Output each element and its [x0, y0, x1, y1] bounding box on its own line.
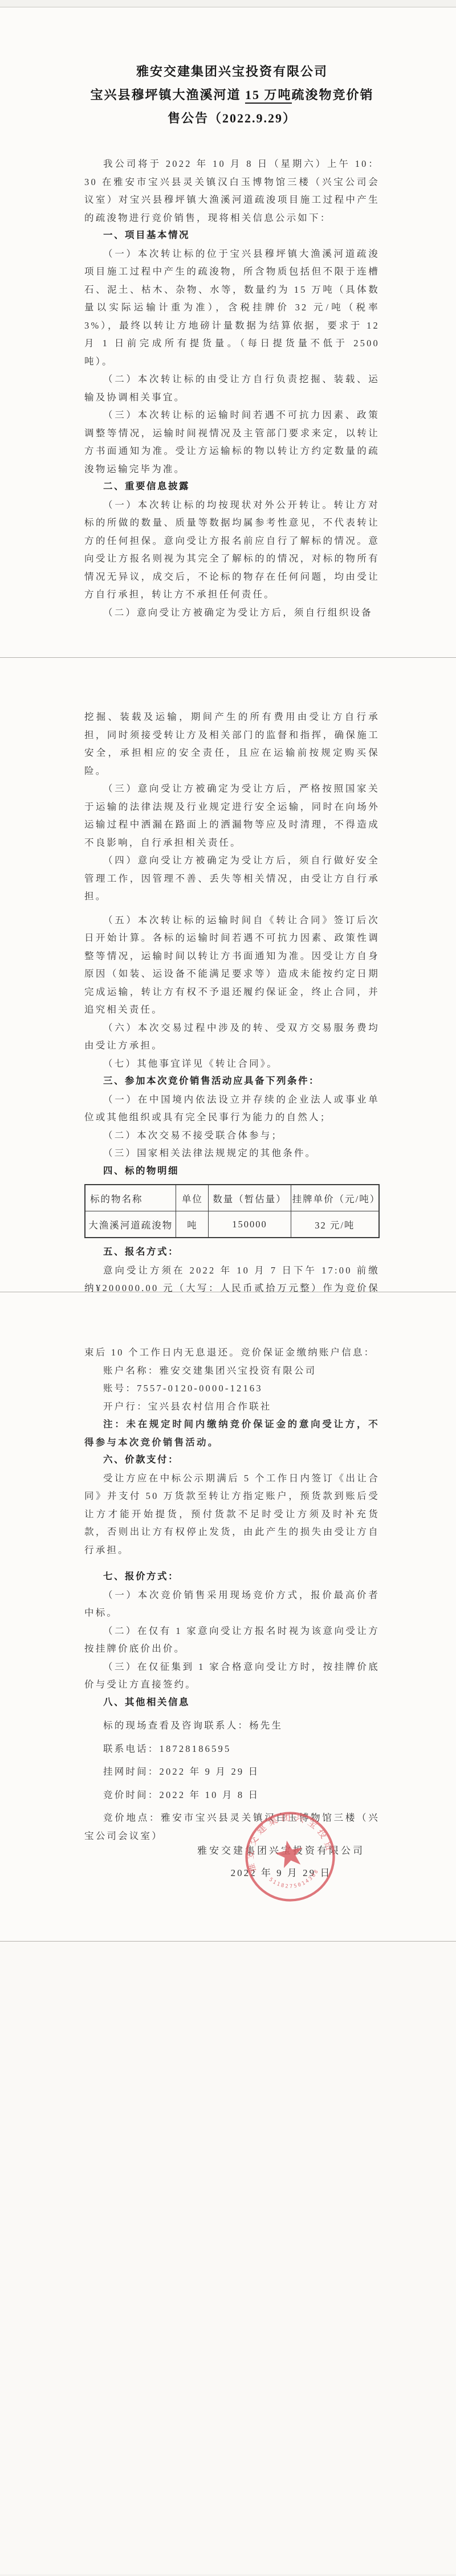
table-cell-quantity: 150000 [209, 1211, 291, 1238]
paragraph-s2-item7: （七）其他事宜详见《转让合同》。 [84, 1055, 380, 1073]
paragraph-bidding-date: 竞价时间：2022 年 10 月 8 日 [84, 1786, 380, 1804]
section-heading-2: 二、重要信息披露 [84, 478, 380, 496]
table-header-unit-price: 挂牌单价（元/吨） [291, 1185, 379, 1211]
paragraph-s2-item1: （一）本次转让标的均按现状对外公开转让。转让方对标的所做的数量、质量等数据均属参… [84, 496, 380, 604]
paragraph-s3-item2: （二）本次交易不接受联合体参与； [84, 1127, 380, 1145]
paragraph-s2-item4: （四）意向受让方被确定为受让方后，须自行做好安全管理工作，因管理不善、丢失等相关… [84, 851, 380, 906]
document-title: 雅安交建集团兴宝投资有限公司 宝兴县穆坪镇大渔溪河道 15 万吨疏浚物竞价销售公… [84, 60, 380, 130]
paragraph-s2-item2-start: （二）意向受让方被确定为受让方后，须自行组织设备 [84, 604, 380, 622]
table-header-quantity: 数量（暂估量） [209, 1185, 291, 1211]
paragraph-s7-item3: （三）在仅征集到 1 家合格意向受让方时，按挂牌价底价与受让方直接签约。 [84, 1658, 380, 1694]
paragraph-s7-item1: （一）本次竞价销售采用现场竞价方式，报价最高价者中标。 [84, 1586, 380, 1622]
table-header-row: 标的物名称 单位 数量（暂估量） 挂牌单价（元/吨） [85, 1185, 379, 1211]
paragraph-intro: 我公司将于 2022 年 10 月 8 日（星期六）上午 10：30 在雅安市宝… [84, 155, 380, 227]
paragraph-s1-item2: （二）本次转让标的由受让方自行负责挖掘、装载、运输及协调相关事宜。 [84, 370, 380, 406]
table-header-lot-name: 标的物名称 [85, 1185, 176, 1211]
table-row: 大渔溪河道疏浚物 吨 150000 32 元/吨 [85, 1211, 379, 1238]
table-cell-unit: 吨 [176, 1211, 209, 1238]
paragraph-s7-item2: （二）在仅有 1 家意向受让方报名时视为该意向受让方按挂牌价底价出价。 [84, 1622, 380, 1658]
blank-scan-area [0, 1942, 456, 2574]
paragraph-deposit-note: 注：未在规定时间内缴纳竞价保证金的意向受让方，不得参与本次竞价销售活动。 [84, 1415, 380, 1451]
title-subtitle-pre: 宝兴县穆坪镇大渔溪河道 [90, 88, 245, 102]
paragraph-bank: 开户行：宝兴县农村信用合作联社 [84, 1398, 380, 1416]
section-heading-8: 八、其他相关信息 [84, 1694, 380, 1712]
paragraph-s1-item3: （三）本次转让标的运输时间若遇不可抗力因素、政策调整等情况，运输时间视情况及主管… [84, 406, 380, 478]
paragraph-contact-person: 标的现场查看及咨询联系人：杨先生 [84, 1717, 380, 1735]
paragraph-account-number: 账号：7557-0120-0000-12163 [84, 1379, 380, 1398]
title-subtitle-line: 宝兴县穆坪镇大渔溪河道 15 万吨疏浚物竞价销售公告（2022.9.29） [90, 88, 373, 125]
scanned-document: 雅安交建集团兴宝投资有限公司 宝兴县穆坪镇大渔溪河道 15 万吨疏浚物竞价销售公… [0, 7, 456, 2574]
paragraph-s6-payment: 受让方应在中标公示期满后 5 个工作日内签订《出让合同》并支付 50 万货款至转… [84, 1469, 380, 1559]
lot-detail-table: 标的物名称 单位 数量（暂估量） 挂牌单价（元/吨） 大渔溪河道疏浚物 吨 15… [84, 1184, 380, 1238]
table-cell-unit-price: 32 元/吨 [291, 1211, 379, 1238]
paragraph-s2-item5: （五）本次转让标的运输时间自《转让合同》签订后次日开始计算。各标的运输时间若遇不… [84, 911, 380, 1019]
title-company-line: 雅安交建集团兴宝投资有限公司 [84, 60, 380, 83]
page-1: 雅安交建集团兴宝投资有限公司 宝兴县穆坪镇大渔溪河道 15 万吨疏浚物竞价销售公… [0, 7, 456, 658]
section-heading-4: 四、标的物明细 [84, 1162, 380, 1181]
section-heading-6: 六、价款支付： [84, 1451, 380, 1469]
page-2: 挖掘、装载及运输，期间产生的所有费用由受让方自行承担，同时须接受转让方及相关部门… [0, 658, 456, 1292]
paragraph-s5-continued: 束后 10 个工作日内无息退还。竞价保证金缴纳账户信息： [84, 1344, 380, 1362]
contact-info-block: 标的现场查看及咨询联系人：杨先生 联系电话：18728186595 挂网时间：2… [84, 1717, 380, 1845]
paragraph-contact-phone: 联系电话：18728186595 [84, 1740, 380, 1758]
paragraph-s1-item1: （一）本次转让标的位于宝兴县穆坪镇大渔溪河道疏浚项目施工过程中产生的疏浚物，所含… [84, 245, 380, 371]
table-header-unit: 单位 [176, 1185, 209, 1211]
paragraph-s3-item1: （一）在中国境内依法设立并存续的企业法人或事业单位或其他组织或具有完全民事行为能… [84, 1091, 380, 1127]
paragraph-listing-date: 挂网时间：2022 年 9 月 29 日 [84, 1763, 380, 1781]
signature-company: 雅安交建集团兴宝投资有限公司 [193, 1842, 369, 1860]
paragraph-s3-item3: （三）国家相关法律法规规定的其他条件。 [84, 1144, 380, 1162]
section-heading-7: 七、报价方式： [84, 1568, 380, 1586]
section-heading-1: 一、项目基本情况 [84, 227, 380, 245]
section-heading-3: 三、参加本次竞价销售活动应具备下列条件： [84, 1072, 380, 1091]
table-cell-lot-name: 大渔溪河道疏浚物 [85, 1211, 176, 1238]
signature-block: 雅安交建集团兴宝投资有限公司 2022 年 9 月 29 日 [193, 1842, 369, 1887]
page-3: 束后 10 个工作日内无息退还。竞价保证金缴纳账户信息： 账户名称：雅安交建集团… [0, 1292, 456, 1942]
paragraph-s2-item2-continued: 挖掘、装载及运输，期间产生的所有费用由受让方自行承担，同时须接受转让方及相关部门… [84, 708, 380, 780]
paragraph-s2-item3: （三）意向受让方被确定为受让方后，严格按照国家关于运输的法律法规及行业规定进行安… [84, 780, 380, 851]
title-tonnage-underlined: 15 万吨 [245, 88, 292, 104]
paragraph-s2-item6: （六）本次交易过程中涉及的转、受双方交易服务费均由受让方承担。 [84, 1019, 380, 1055]
signature-date: 2022 年 9 月 29 日 [193, 1860, 369, 1887]
section-heading-5: 五、报名方式： [84, 1243, 380, 1262]
paragraph-s5-start: 意向受让方须在 2022 年 10 月 7 日下午 17:00 前缴纳¥2000… [84, 1262, 380, 1293]
paragraph-bidding-location: 竞价地点：雅安市宝兴县灵关镇汉白玉博物馆三楼（兴宝公司会议室） [84, 1809, 380, 1845]
paragraph-account-name: 账户名称：雅安交建集团兴宝投资有限公司 [84, 1362, 380, 1380]
